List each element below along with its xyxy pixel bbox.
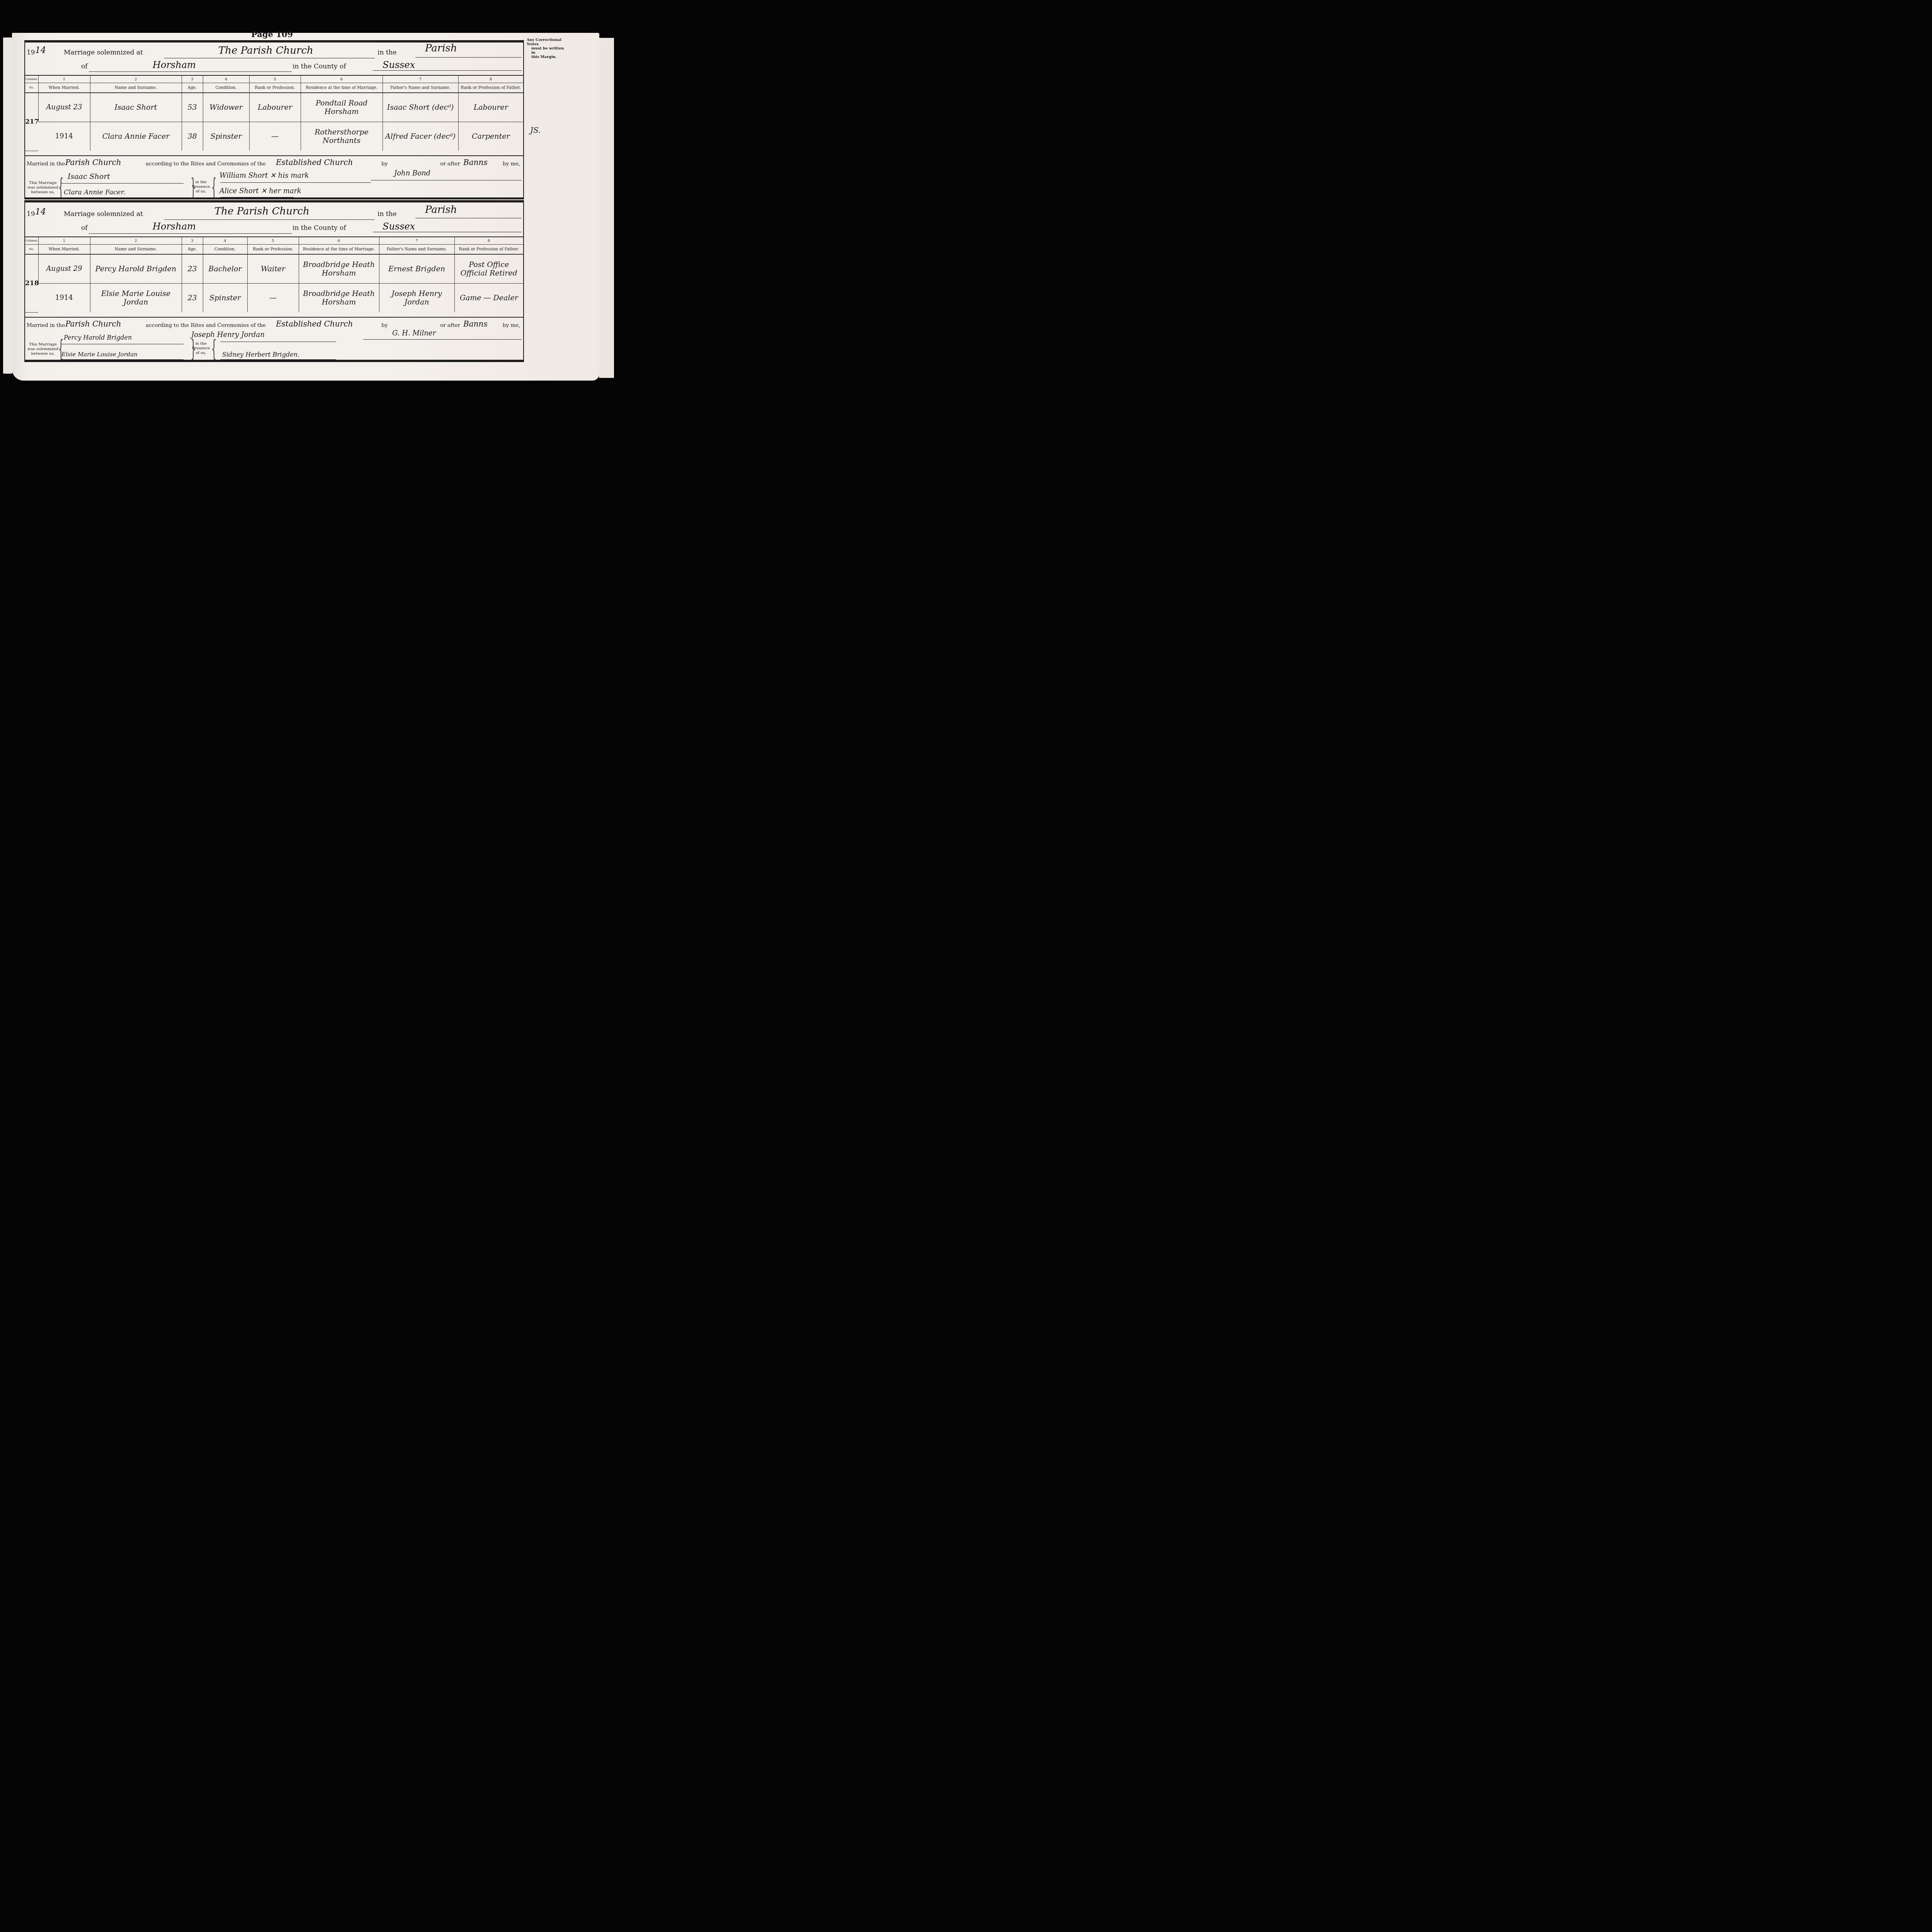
- bride-name: Elsie Marie Louise Jordan: [90, 284, 182, 313]
- witness-2-signature: Sidney Herbert Brigden.: [222, 351, 299, 358]
- marriage-date: August 23: [38, 93, 90, 122]
- table-row-bride: 1914 Elsie Marie Louise Jordan 23 Spinst…: [25, 284, 523, 313]
- town-name: Horsham: [153, 60, 196, 70]
- bride-residence: Broadbridge Heath Horsham: [299, 284, 379, 313]
- officiant-signature: G. H. Milner: [392, 329, 436, 337]
- page-fore-edge: [599, 38, 614, 378]
- entry-number: 217: [25, 93, 38, 151]
- bride-profession: —: [249, 122, 301, 151]
- bride-condition: Spinster: [203, 122, 249, 151]
- bride-father-profession: Game — Dealer: [454, 284, 523, 313]
- marriage-year: 1914: [38, 122, 90, 151]
- county-name: Sussex: [383, 60, 415, 70]
- correctional-margin-note: Any Correctional Notes must be written i…: [527, 38, 565, 59]
- church-name: The Parish Church: [214, 206, 310, 217]
- marriage-entry-217: 19 14 Marriage solemnized at The Parish …: [24, 40, 524, 199]
- county-name: Sussex: [383, 221, 415, 232]
- rites-of: Established Church: [276, 319, 353, 328]
- bride-profession: —: [247, 284, 299, 313]
- bride-age: 23: [182, 284, 203, 313]
- year-suffix: 14: [35, 46, 46, 55]
- signatures-217: This Marriage was solemnized between us,…: [25, 172, 523, 203]
- register-table-218: Columns. 1 2 3 4 5 6 7 8 No. When Marrie…: [25, 236, 523, 313]
- table-row-groom: 217 August 23 Isaac Short 53 Widower Lab…: [25, 93, 523, 122]
- church-name: The Parish Church: [218, 45, 313, 56]
- rites-of: Established Church: [276, 158, 353, 167]
- margin-initials: JS.: [530, 126, 541, 135]
- bride-name: Clara Annie Facer: [90, 122, 182, 151]
- witness-1-signature: William Short ✕ his mark: [219, 172, 309, 180]
- groom-father: Isaac Short (decᵈ): [383, 93, 458, 122]
- signatures-218: This Marriage was solemnized between us,…: [25, 334, 523, 365]
- groom-name: Percy Harold Brigden: [90, 254, 182, 284]
- bride-signature: Elsie Marie Louise Jordan: [61, 351, 138, 358]
- by-banns: Banns: [463, 158, 488, 167]
- facing-page-edge: [3, 37, 12, 374]
- register-table-217: Columns. 1 2 3 4 5 6 7 8 No. When Marrie…: [25, 75, 523, 151]
- witness-2-signature: Alice Short ✕ her mark: [219, 187, 301, 195]
- married-in-place: Parish Church: [65, 158, 121, 167]
- bride-signature: Clara Annie Facer.: [64, 189, 125, 196]
- groom-name: Isaac Short: [90, 93, 182, 122]
- parish-type: Parish: [425, 204, 457, 216]
- table-row-groom: 218 August 29 Percy Harold Brigden 23 Ba…: [25, 254, 523, 284]
- marriage-date: August 29: [38, 254, 90, 284]
- bride-condition: Spinster: [203, 284, 247, 313]
- witness-1-signature: Joseph Henry Jordan: [191, 331, 265, 339]
- town-name: Horsham: [153, 221, 196, 232]
- year-suffix: 14: [35, 207, 46, 217]
- parish-type: Parish: [425, 43, 457, 54]
- bride-age: 38: [182, 122, 203, 151]
- groom-profession: Labourer: [249, 93, 301, 122]
- bride-father: Alfred Facer (decᵈ): [383, 122, 458, 151]
- groom-age: 53: [182, 93, 203, 122]
- groom-condition: Widower: [203, 93, 249, 122]
- by-banns: Banns: [463, 319, 488, 328]
- groom-residence: Pondtail Road Horsham: [301, 93, 383, 122]
- groom-profession: Waiter: [247, 254, 299, 284]
- groom-father: Ernest Brigden: [379, 254, 454, 284]
- groom-condition: Bachelor: [203, 254, 247, 284]
- groom-father-profession: Labourer: [458, 93, 523, 122]
- groom-signature: Percy Harold Brigden: [64, 334, 132, 341]
- page-number: Page 109: [251, 29, 293, 39]
- groom-age: 23: [182, 254, 203, 284]
- groom-residence: Broadbridge Heath Horsham: [299, 254, 379, 284]
- officiant-signature: John Bond: [394, 169, 430, 177]
- groom-father-profession: Post Office Official Retired: [454, 254, 523, 284]
- marriage-entry-218: 19 14 Marriage solemnized at The Parish …: [24, 200, 524, 362]
- bride-father-profession: Carpenter: [458, 122, 523, 151]
- entry-number: 218: [25, 254, 38, 312]
- married-in-place: Parish Church: [65, 319, 121, 328]
- bride-father: Joseph Henry Jordan: [379, 284, 454, 313]
- groom-signature: Isaac Short: [68, 172, 110, 181]
- marriage-year: 1914: [38, 284, 90, 313]
- bride-residence: Rothersthorpe Northants: [301, 122, 383, 151]
- table-row-bride: 1914 Clara Annie Facer 38 Spinster — Rot…: [25, 122, 523, 151]
